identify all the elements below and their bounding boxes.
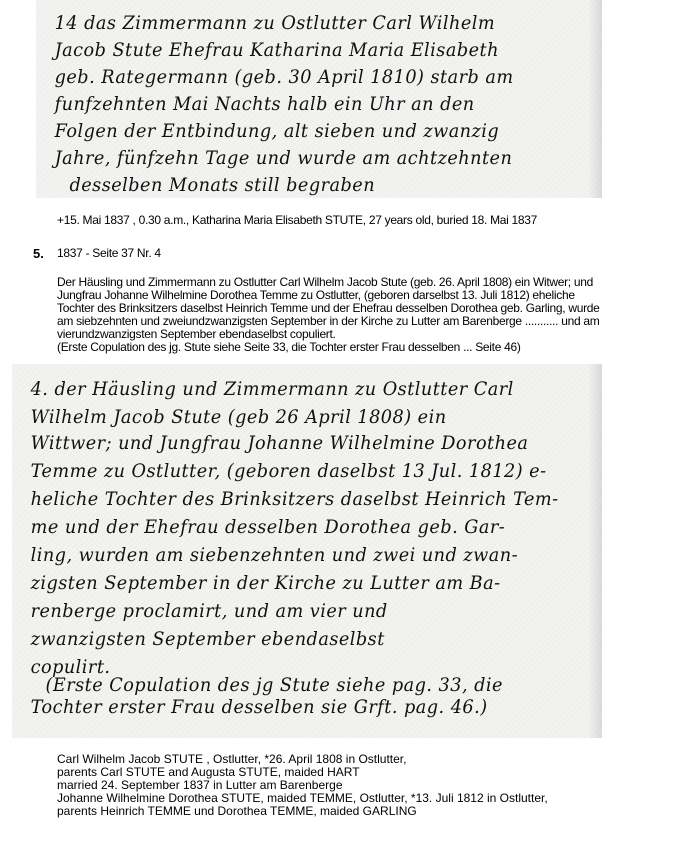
handwritten-line: zwanzigsten September ebendaselbst [12,626,561,652]
summary-line: parents Heinrich TEMME und Dorothea TEMM… [57,805,548,818]
handwritten-line: Wilhelm Jacob Stute (geb 26 April 1808) … [12,404,561,430]
manuscript-scan-burial: 14 das Zimmermann zu Ostlutter Carl Wilh… [36,0,602,198]
handwritten-line: ling, wurden am siebenzehnten und zwei u… [12,542,561,568]
handwritten-line: funfzehnten Mai Nachts halb ein Uhr an d… [36,91,562,117]
marriage-transcription: Der Häusling und Zimmermann zu Ostlutter… [57,276,600,354]
handwritten-line: Tochter erster Frau desselben sie Grft. … [12,694,561,720]
handwritten-line: me und der Ehefrau desselben Dorothea ge… [12,514,561,540]
entry-reference: 1837 - Seite 37 Nr. 4 [57,247,161,260]
handwritten-line: desselben Monats still begraben [36,172,562,198]
transcription-line: (Erste Copulation des jg. Stute siehe Se… [57,341,600,354]
handwritten-line: Jahre, fünfzehn Tage und wurde am achtze… [36,145,562,171]
scan-edge-shadow [588,364,602,738]
handwritten-line: geb. Rategermann (geb. 30 April 1810) st… [36,64,562,90]
handwritten-line: heliche Tochter des Brinksitzers daselbs… [12,486,561,512]
handwritten-line: Temme zu Ostlutter, (geboren daselbst 13… [12,458,561,484]
scan-edge-shadow [588,0,602,198]
handwritten-line: Wittwer; und Jungfrau Johanne Wilhelmine… [12,430,561,456]
handwritten-line: 4. der Häusling und Zimmermann zu Ostlut… [12,376,561,402]
handwritten-line: renberge proclamirt, und am vier und [12,598,561,624]
genealogy-summary: Carl Wilhelm Jacob STUTE , Ostlutter, *2… [57,753,548,818]
entry-number: 5. [33,247,44,260]
death-record-summary: +15. Mai 1837 , 0.30 a.m., Katharina Mar… [57,214,537,227]
handwritten-line: Jacob Stute Ehefrau Katharina Maria Elis… [36,37,562,63]
handwritten-line: 14 das Zimmermann zu Ostlutter Carl Wilh… [36,10,562,36]
handwritten-line: Folgen der Entbindung, alt sieben und zw… [36,118,562,144]
handwritten-line: zigsten September in der Kirche zu Lutte… [12,570,561,596]
manuscript-scan-marriage: 4. der Häusling und Zimmermann zu Ostlut… [12,364,602,738]
